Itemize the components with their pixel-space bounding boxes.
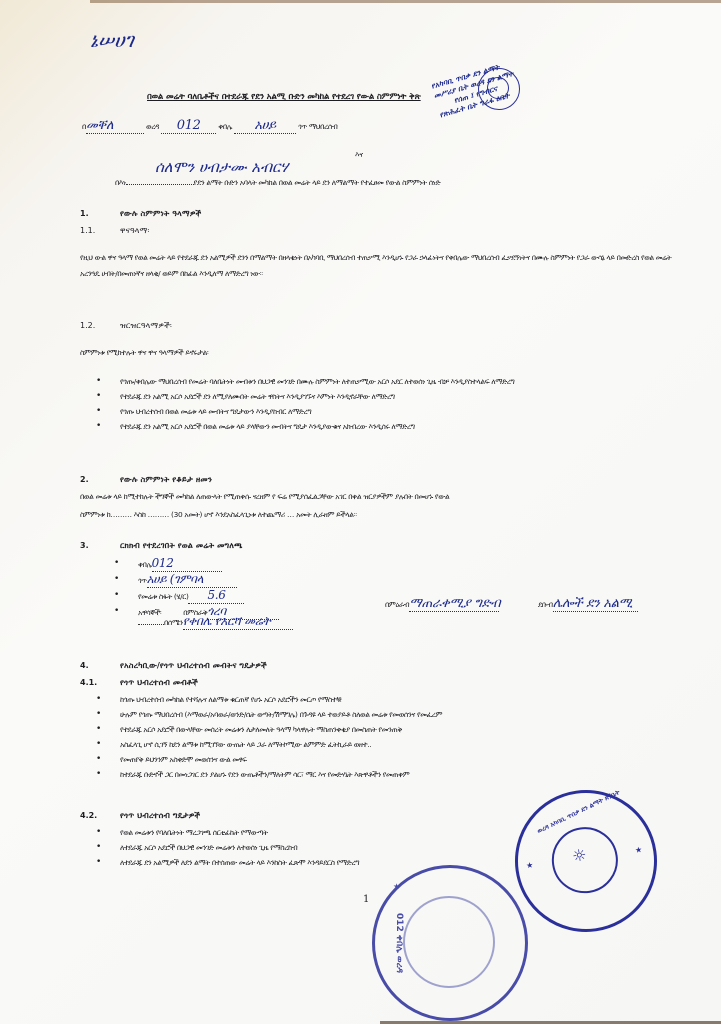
land-field-kebele: ቀበሌ012 bbox=[110, 556, 410, 572]
section-1-1-heading: 1.1.ዋናዓላማ፡ bbox=[80, 225, 149, 236]
section-2-text-line1: በወል መሬቱ ላይ ከሚተከሉት ችግኞች መካከል ለጠውላት የሚጠቀሱ … bbox=[80, 492, 449, 502]
star-icon: ★ bbox=[634, 845, 642, 855]
north-boundary: በሰሜንየቀበሌ የእርሻ መሬት bbox=[138, 614, 293, 630]
round-seal-stamp-bottom: 012 ቀበሌ ወረዳ ★ bbox=[372, 865, 528, 1021]
group-line: በእነየደን ልማት ቡድን አባላት መካከል በወል መሬት ላይ ደን ለ… bbox=[115, 178, 440, 188]
list-item: የተደራጁ አርሶ አደሮች በውላቸው መሰረት መሬቱን ለታለመለት ዓላ… bbox=[92, 722, 682, 737]
section-3-heading: 3.ርክክብ የተደረገበት የወል መሬት መግለጫ bbox=[80, 540, 243, 551]
list-item: ለተደራጁ አርሶ አደሮች በህጋዊ መንገድ መሬቱን ለተወሰነ ጊዜ የ… bbox=[92, 840, 542, 855]
section-2-heading: 2.የውሉ ስምምነት የቆይታ ዘመን bbox=[80, 474, 212, 485]
round-seal-stamp-right: ☼ ወረዳ አካባቢ ጥበቃ ደን ልማት ጽ/ቤት ★ ★ bbox=[506, 781, 666, 941]
west-boundary: በምዕራብማጠራቀሚያ ግድብ bbox=[385, 596, 499, 612]
list-item: የተደራጁ ደን አልሚ አርሶ አደሮች በወል መሬቱ ላይ ያላቸውን መ… bbox=[92, 419, 682, 434]
section-2-text-line2: ስምምነቱ ከ……… እስከ ……… (30 አመት) ሆኖ እንደአስፈላጊነ… bbox=[80, 510, 357, 520]
star-icon: ★ bbox=[525, 860, 533, 870]
south-boundary: ደቡብሌሎች ደን አልሚ bbox=[538, 596, 638, 612]
land-field-got: ጎጥአሀይ (ገምባላ bbox=[110, 572, 410, 588]
section-1-2-list: የጎጡ/ቀበሌው ማህበረሰብ የመሬት ባለቤትነት መብቱን በህጋዊ መን… bbox=[92, 374, 682, 434]
section-4-1-list: ከጎጡ ህብረተሰብ መካከል የተሻሉና ለልማቱ ቁርጠኛ የሆኑ አርሶ … bbox=[92, 692, 682, 782]
section-4-2-heading: 4.2.የጎጥ ህብረተሰብ ግዴታዎች bbox=[80, 810, 200, 821]
section-1-1-text: የዚህ ውል ዋና ዓላማ የወል መሬት ላይ የተደራጁ ደን አልሚዎች … bbox=[80, 250, 690, 282]
list-item: የጎጡ ህብረተሰብ በወል መሬቱ ላይ መብትና ግዴታውን እንዲያከብር… bbox=[92, 404, 682, 419]
handwritten-note: ኔሠሀገ bbox=[90, 28, 134, 52]
section-4-heading: 4.የአስረካቢው/የጎጥ ህብረተሰብ መብትና ግዴታዎች bbox=[80, 660, 267, 671]
document-page: ኔሠሀገ በወል መሬት ባለቤቶችና በተደራጁ የደን አልሚ ቡድን መካ… bbox=[0, 0, 721, 1024]
list-item: የጎጡ/ቀበሌው ማህበረሰብ የመሬት ባለቤትነት መብቱን በህጋዊ መን… bbox=[92, 374, 682, 389]
list-item: ለተደራጁ ደን አልሚዎች ለደን ልማት በተሰጠው መሬት ላይ እንከስ… bbox=[92, 855, 542, 870]
star-icon: ★ bbox=[393, 882, 400, 891]
section-1-2-intro: ስምምነቱ የሚከተሉት ዋና ዋና ዓላማዎች ይኖሩታል፡ bbox=[80, 348, 208, 358]
emblem-icon: ☼ bbox=[571, 845, 588, 866]
woreda-field: መቐለ bbox=[86, 118, 144, 134]
kebele-field: 012 bbox=[161, 118, 216, 134]
list-item: ከጎጡ ህብረተሰብ መካከል የተሻሉና ለልማቱ ቁርጠኛ የሆኑ አርሶ … bbox=[92, 692, 682, 707]
group-name-field: ሰለሞን ሀብታሙ አብርሃ bbox=[155, 158, 288, 176]
paper-edge-top bbox=[90, 0, 721, 3]
list-item: ከተደራጁ ቡድኖች ጋር በመነጋገር ደን ያልሆኑ የደን ውጤቶችን/ማ… bbox=[92, 767, 682, 782]
section-3-list: ቀበሌ012 ጎጥአሀይ (ገምባላ የመሬቱ ስፋት (ሄ/ር)5.6 አዋሳ… bbox=[110, 556, 410, 620]
section-4-1-heading: 4.1.የጎጥ ህብረተሰብ መብቶች bbox=[80, 677, 198, 688]
section-4-2-list: የወል መሬቱን የባለቤትነት ማረጋገጫ ሰርቲፊኬት የማውጣት ለተደራ… bbox=[92, 825, 542, 870]
header-line: በመቐለ ወረዳ 012 ቀበሌ አሀይ ጎጥ ማህበረሰብ bbox=[82, 118, 338, 134]
list-item: አስፈላጊ ሆኖ ሲገኝ ከደን ልማቱ ከሚገኘው ውጤት ላይ ጋራ ለማት… bbox=[92, 737, 682, 752]
and-word: እና bbox=[355, 150, 363, 160]
got-field: አሀይ bbox=[234, 118, 296, 134]
document-title: በወል መሬት ባለቤቶችና በተደራጁ የደን አልሚ ቡድን መካከል የተ… bbox=[147, 92, 421, 102]
list-item-continuation: የመጠየቅ ይህንንም አስቀድሞ መወሰንና ውል መፃፍ bbox=[92, 752, 682, 767]
list-item: የተደራጁ ደን አልሚ አርሶ አደሮች ደን ለሚያለሙበት መሬት ዋስት… bbox=[92, 389, 682, 404]
section-1-2-heading: 1.2.ዝርዝርዓላማዎች፡ bbox=[80, 320, 172, 331]
land-field-area: የመሬቱ ስፋት (ሄ/ር)5.6 bbox=[110, 588, 410, 604]
list-item: ሁሉም የጎጡ ማህበረሰብ (እማወራ/አባወራ/ወንድ/ሴት ወጣት/ሽማግ… bbox=[92, 707, 682, 722]
handwritten-approval: የአካባቢ ጥበቃ ደን ልማት መሥሪያ ቤት ወረዳ ደን ልማት የሰጠ … bbox=[430, 59, 520, 120]
list-item: የወል መሬቱን የባለቤትነት ማረጋገጫ ሰርቲፊኬት የማውጣት bbox=[92, 825, 542, 840]
page-number: 1 bbox=[363, 894, 369, 905]
section-1-heading: 1.የውሉ ስምምነት ዓላማዎች bbox=[80, 208, 201, 219]
